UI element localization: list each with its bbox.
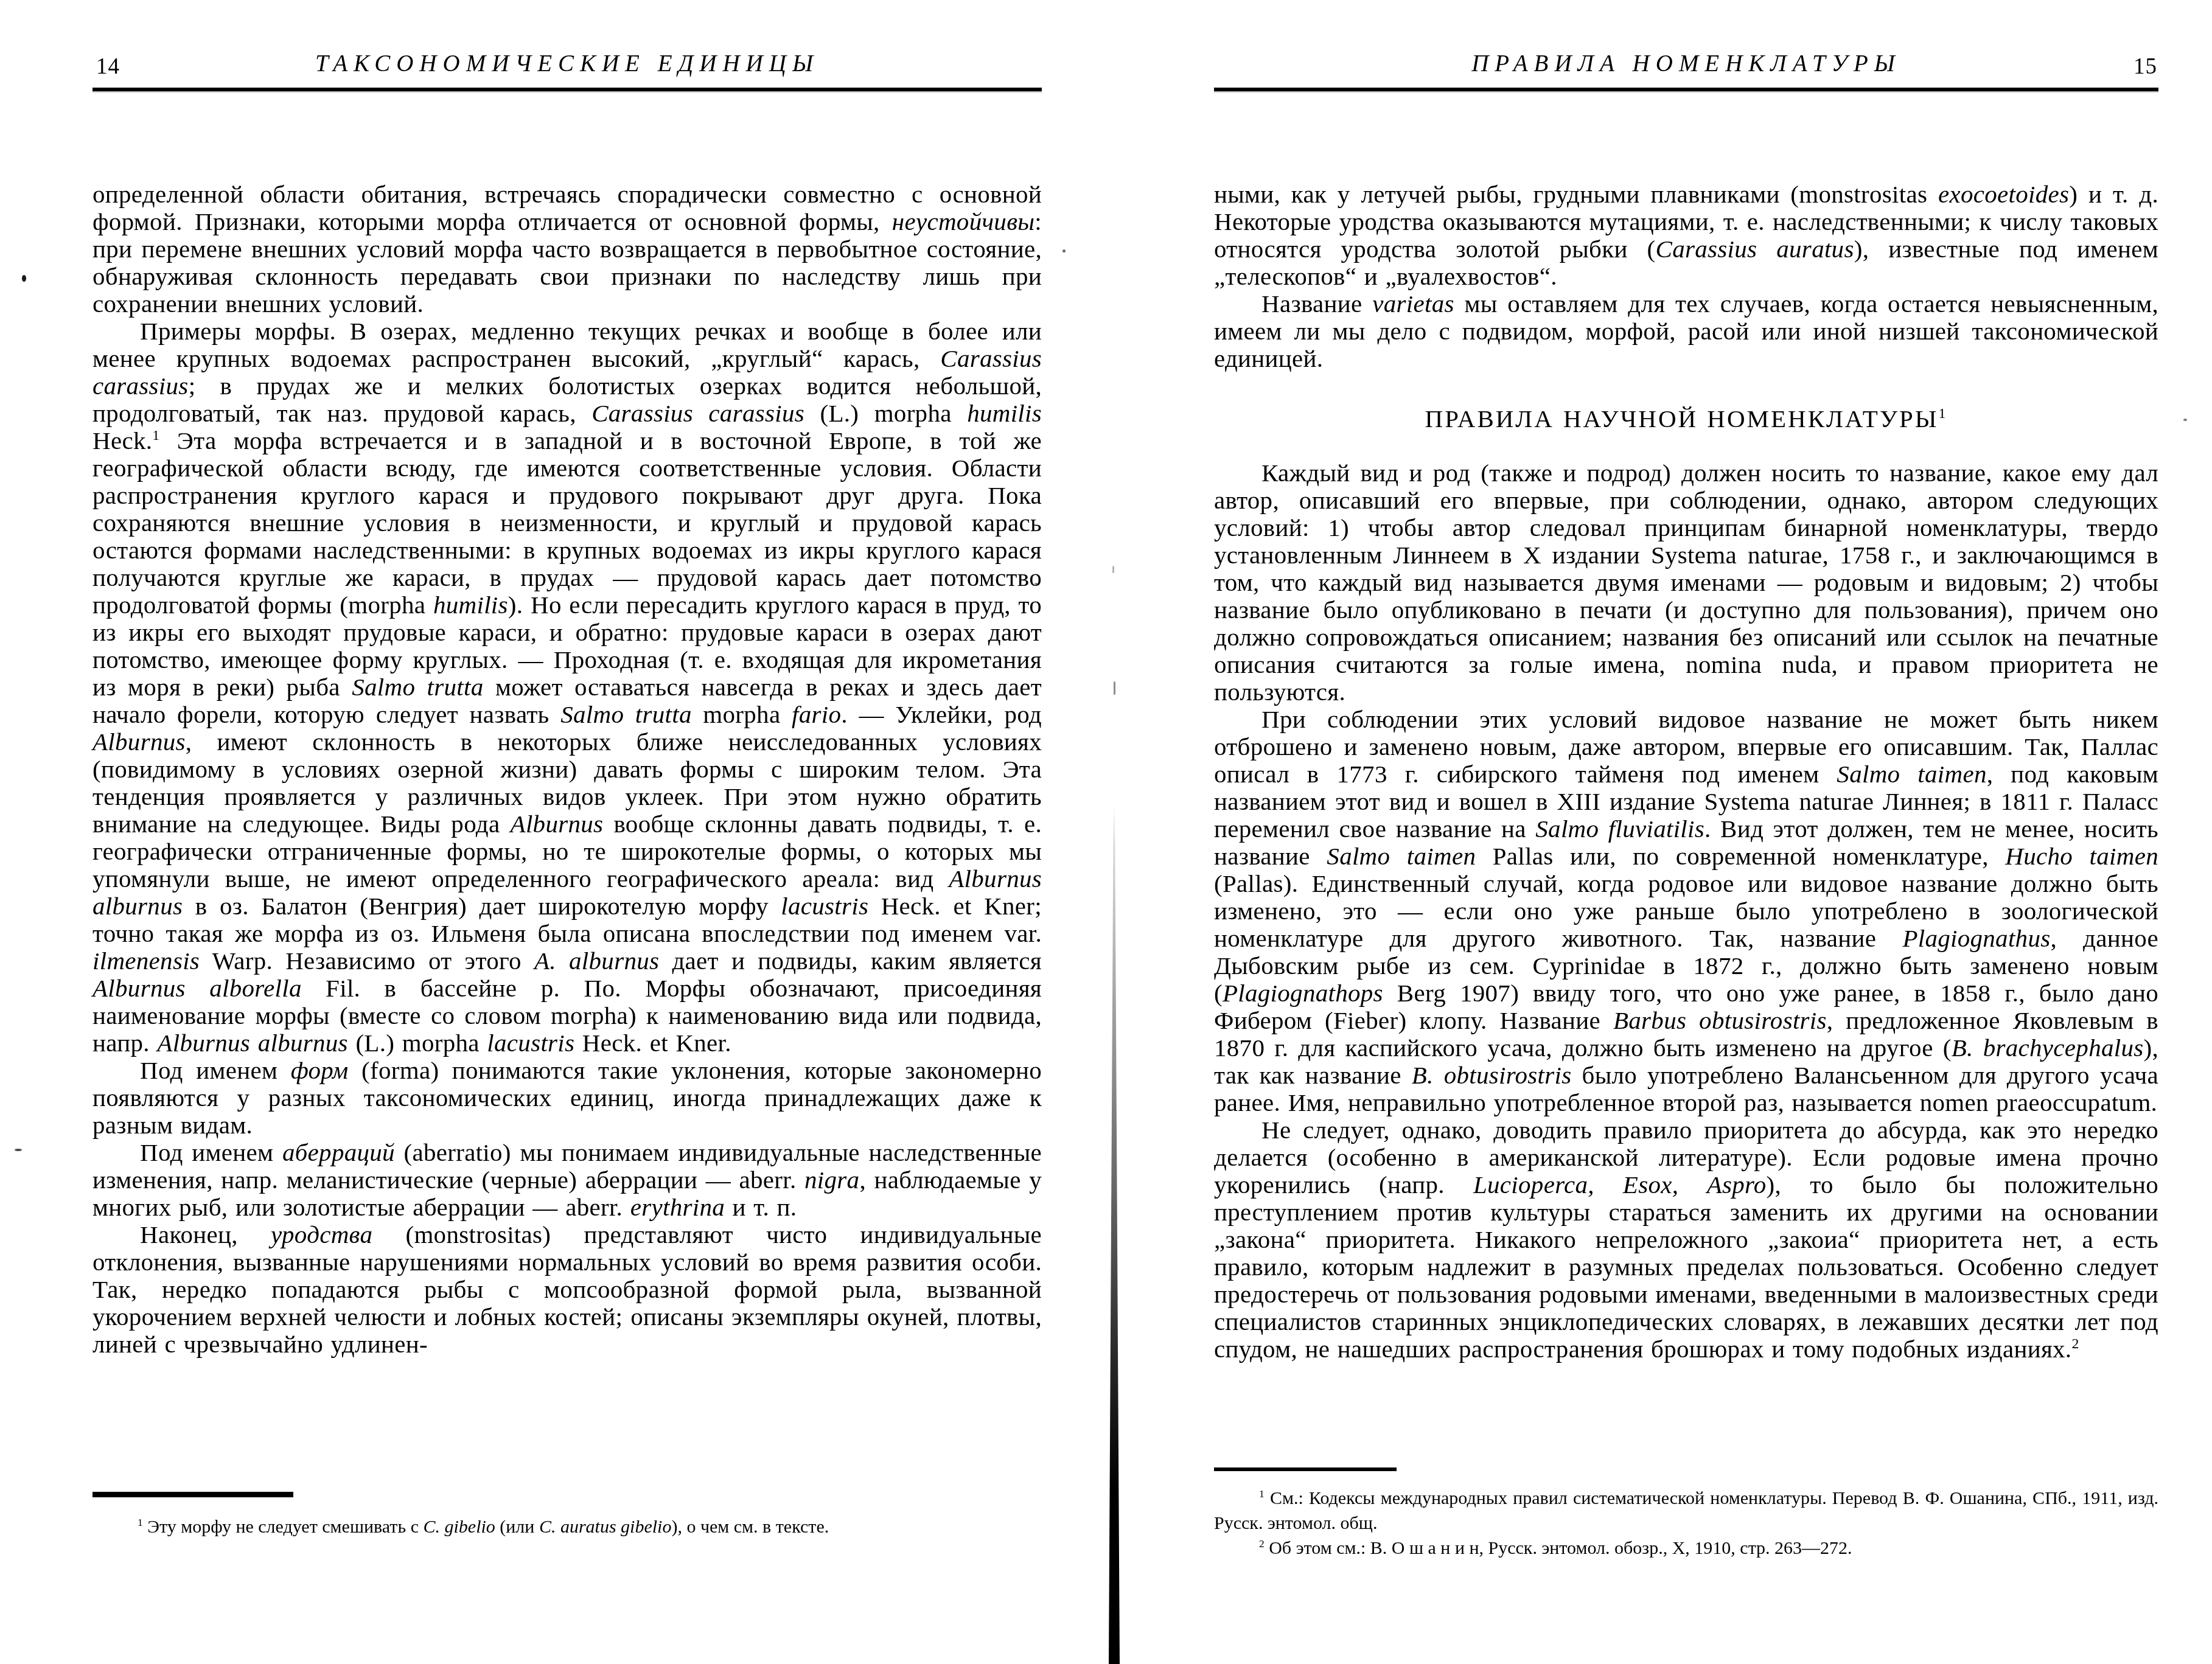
paragraph: Наконец, уродства (monstrositas) предста… [92,1221,1042,1358]
scan-speck [1034,583,1038,585]
book-scan: 14 ТАКСОНОМИЧЕСКИЕ ЕДИНИЦЫ определенной … [0,0,2212,1664]
scan-speck [1112,566,1114,573]
paragraph: Под именем аберраций (aberratio) мы пони… [92,1139,1042,1221]
right-footnote-block: 1 См.: Кодексы международных правил сист… [1214,1467,2158,1561]
scan-speck [15,1149,22,1151]
section-heading: ПРАВИЛА НАУЧНОЙ НОМЕНКЛАТУРЫ1 [1214,405,2158,433]
footnote: 2 Об этом см.: В. О ш а н и н, Русск. эн… [1214,1536,2158,1561]
right-header: ПРАВИЛА НОМЕНКЛАТУРЫ 15 [1214,50,2158,84]
scan-speck [22,275,26,282]
footnote: 1 Эту морфу не следует смешивать с C. gi… [92,1514,1042,1539]
paragraph: Примеры морфы. В озерах, медленно текущи… [92,318,1042,1057]
paragraph: Под именем форм (forma) понимаются такие… [92,1057,1042,1139]
binding-shadow-artifact [1105,803,1123,1664]
right-footnote-rule [1214,1467,1397,1471]
paragraph: Название varietas мы оставляем для тех с… [1214,290,2158,372]
paragraph: ными, как у летучей рыбы, грудными плавн… [1214,181,2158,290]
left-footnote-block: 1 Эту морфу не следует смешивать с C. gi… [92,1492,1042,1539]
right-body-text: ными, как у летучей рыбы, грудными плавн… [1214,181,2158,1363]
left-header-rule [92,88,1042,91]
paragraph: Не следует, однако, доводить правило при… [1214,1116,2158,1363]
page-right: ПРАВИЛА НОМЕНКЛАТУРЫ 15 ными, как у лету… [1214,0,2158,1664]
right-running-head: ПРАВИЛА НОМЕНКЛАТУРЫ [1214,50,2158,77]
page-left: 14 ТАКСОНОМИЧЕСКИЕ ЕДИНИЦЫ определенной … [92,0,1042,1664]
scan-speck [1114,681,1115,695]
footnote: 1 См.: Кодексы международных правил сист… [1214,1486,2158,1536]
right-page-number: 15 [2133,54,2157,80]
left-footnotes: 1 Эту морфу не следует смешивать с C. gi… [92,1514,1042,1539]
paragraph: определенной области обитания, встречаяс… [92,181,1042,318]
paragraph: Каждый вид и род (также и подрод) должен… [1214,459,2158,706]
scan-speck [1062,249,1066,252]
right-footnotes: 1 См.: Кодексы международных правил сист… [1214,1486,2158,1561]
paragraph: При соблюдении этих условий видовое назв… [1214,706,2158,1116]
left-body-text: определенной области обитания, встречаяс… [92,181,1042,1358]
right-header-rule [1214,88,2158,91]
scan-speck [2183,419,2187,421]
left-header: 14 ТАКСОНОМИЧЕСКИЕ ЕДИНИЦЫ [92,50,1042,84]
left-footnote-rule [92,1492,293,1497]
left-running-head: ТАКСОНОМИЧЕСКИЕ ЕДИНИЦЫ [92,50,1042,77]
